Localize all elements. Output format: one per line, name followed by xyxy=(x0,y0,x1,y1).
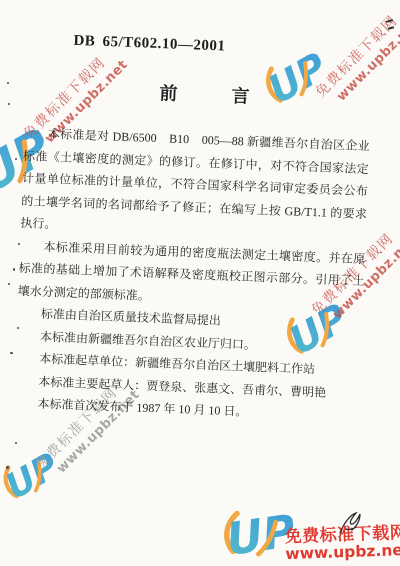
foreword-body: 本标准是对 DB/6500 B10 005—88 新疆维吾尔自治区企业标准《土壤… xyxy=(13,122,370,428)
scan-speck xyxy=(8,283,10,285)
scan-speck xyxy=(13,268,15,271)
scanned-document-page: UP 免费标准下载网 www.upbz.net UP 免费标准下载网 www.u… xyxy=(0,0,400,566)
foreword-paragraph: 本标准是对 DB/6500 B10 005—88 新疆维吾尔自治区企业标准《土壤… xyxy=(20,122,370,248)
scan-speck xyxy=(7,82,9,84)
scan-speck xyxy=(8,103,10,105)
document-content: DB 65/T602.10—2001 前言 本标准是对 DB/6500 B10 … xyxy=(13,26,374,427)
page-title: 前言 xyxy=(159,81,372,113)
watermark-site-url: www.upbz.net xyxy=(285,542,400,563)
handwritten-mark xyxy=(336,509,366,544)
scan-speck xyxy=(10,352,13,354)
scan-speck xyxy=(15,158,17,160)
scan-speck xyxy=(6,466,9,469)
scan-speck xyxy=(15,442,17,444)
scan-speck xyxy=(18,243,20,245)
doc-number: DB 65/T602.10—2001 xyxy=(73,32,373,62)
scan-speck xyxy=(17,327,19,329)
